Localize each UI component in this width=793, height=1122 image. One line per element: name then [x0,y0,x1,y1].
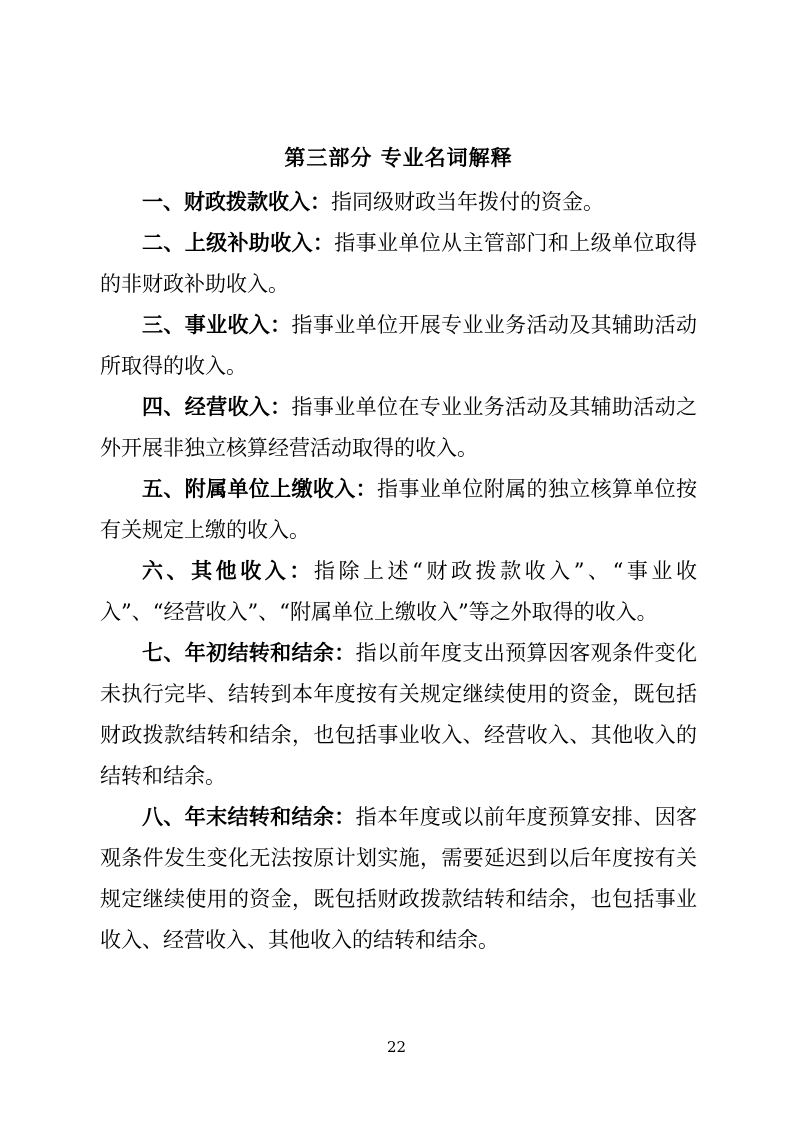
term-paragraph: 八、年末结转和结余：指本年度或以前年度预算安排、因客观条件发生变化无法按原计划实… [100,797,697,961]
term-name: 四、经营收入： [142,395,292,419]
term-definition: 指同级财政当年拨付的资金。 [331,190,604,214]
term-name: 七、年初结转和结余： [142,641,356,665]
term-paragraph: 七、年初结转和结余：指以前年度支出预算因客观条件变化未执行完毕、结转到本年度按有… [100,633,697,797]
term-paragraph: 一、财政拨款收入：指同级财政当年拨付的资金。 [100,182,697,223]
term-paragraph: 六、其他收入：指除上述“财政拨款收入”、“事业收入”、“经营收入”、“附属单位上… [100,551,697,633]
term-name: 三、事业收入： [142,313,292,337]
document-content: 第三部分 专业名词解释 一、财政拨款收入：指同级财政当年拨付的资金。 二、上级补… [100,144,697,961]
page-number: 22 [0,1038,793,1056]
document-page: 第三部分 专业名词解释 一、财政拨款收入：指同级财政当年拨付的资金。 二、上级补… [0,0,793,1122]
term-paragraph: 四、经营收入：指事业单位在专业业务活动及其辅助活动之外开展非独立核算经营活动取得… [100,387,697,469]
term-name: 二、上级补助收入： [142,231,334,255]
page-title: 第三部分 专业名词解释 [100,144,697,172]
term-name: 五、附属单位上缴收入： [142,477,377,501]
term-name: 六、其他收入： [142,559,314,583]
term-name: 八、年末结转和结余： [142,805,356,829]
term-name: 一、财政拨款收入： [142,190,331,214]
term-paragraph: 二、上级补助收入：指事业单位从主管部门和上级单位取得的非财政补助收入。 [100,223,697,305]
term-paragraph: 五、附属单位上缴收入：指事业单位附属的独立核算单位按有关规定上缴的收入。 [100,469,697,551]
term-paragraph: 三、事业收入：指事业单位开展专业业务活动及其辅助活动所取得的收入。 [100,305,697,387]
